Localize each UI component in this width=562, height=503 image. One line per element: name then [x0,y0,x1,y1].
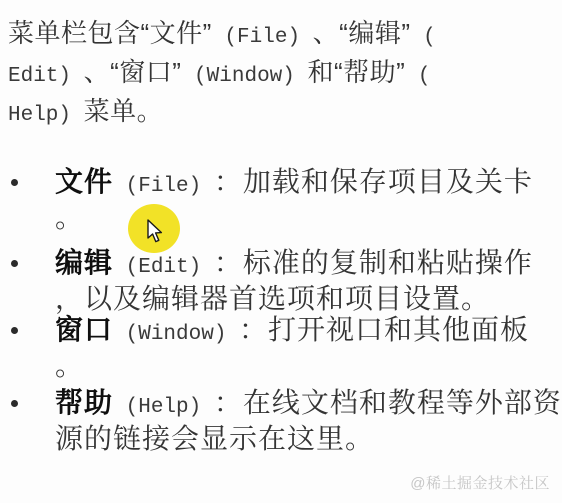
description-text: ：在线文档和教程等外部资 [214,387,562,418]
term-label: 窗口 [55,314,113,345]
text-line: ，以及编辑器首选项和项目设置。 [55,283,562,314]
text-line: 。 [55,350,562,381]
description-text: ：标准的复制和粘贴操作 [214,247,533,278]
text-line: 文件 (File) ：加载和保存项目及关卡 [55,166,562,202]
description-text: 。 [55,350,84,381]
term-english: (Edit) [113,256,214,279]
term-label: 文件 [55,166,113,197]
term-english: (Window) [113,323,239,346]
bullet-marker [11,179,18,186]
text-line: 编辑 (Edit) ：标准的复制和粘贴操作 [55,247,562,283]
list-item: 编辑 (Edit) ：标准的复制和粘贴操作 ，以及编辑器首选项和项目设置。 [0,247,562,314]
watermark: @稀土掘金技术社区 [410,472,550,493]
bullet-marker [11,260,18,267]
term-label: 编辑 [55,247,113,278]
description-text: 。 [55,202,84,233]
arrow-cursor-icon [146,219,163,245]
description-text: 源的链接会显示在这里。 [55,423,374,454]
list-item: 窗口 (Window) ：打开视口和其他面板 。 [0,314,562,381]
text-line: 窗口 (Window) ：打开视口和其他面板 [55,314,562,350]
text-line: 源的链接会显示在这里。 [55,423,562,454]
term-english: (File) [113,175,214,198]
bullet-marker [11,327,18,334]
term-label: 帮助 [55,387,113,418]
term-english: (Help) [113,396,214,419]
list-item: 文件 (File) ：加载和保存项目及关卡 。 [0,166,562,233]
description-text: ：打开视口和其他面板 [239,314,529,345]
menu-list: 文件 (File) ：加载和保存项目及关卡 。 编辑 (Edit) ：标准的复制… [0,0,562,503]
list-item: 帮助 (Help) ：在线文档和教程等外部资 源的链接会显示在这里。 [0,387,562,454]
text-line: 帮助 (Help) ：在线文档和教程等外部资 [55,387,562,423]
page-background: 菜单栏包含“文件” (File) 、“编辑” ( Edit) 、“窗口” (Wi… [0,0,562,503]
bullet-marker [11,400,18,407]
description-text: ，以及编辑器首选项和项目设置。 [55,283,490,314]
description-text: ：加载和保存项目及关卡 [214,166,533,197]
